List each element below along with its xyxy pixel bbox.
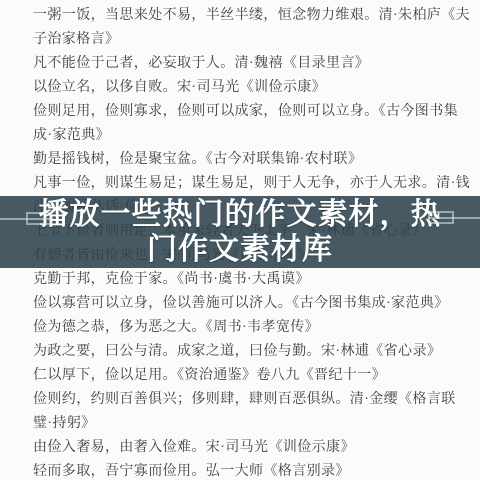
document-line: 子治家格言》 — [33, 28, 480, 52]
document-line: 为政之要，曰公与清。成家之道，曰俭与勤。宋·林逋《省心录》 — [33, 340, 480, 364]
banner-title: 播放一些热门的作文素材，热 门作文素材库 — [39, 197, 442, 267]
document-line: 以俭立名，以侈自败。宋·司马光《训俭示康》 — [33, 76, 480, 100]
document-line: 凡事一俭，则谋生易足；谋生易足，则于人无争，亦于人无求。清·钱 — [33, 172, 480, 196]
document-line: 克勤于邦，克俭于家。《尚书·虞书·大禹谟》 — [33, 268, 480, 292]
decorative-line-right — [428, 217, 480, 219]
document-line: 凡不能俭于己者，必妄取于人。清·魏禧《目录里言》 — [33, 52, 480, 76]
document-line: 由俭入奢易，由奢入俭难。宋·司马光《训俭示康》 — [33, 436, 480, 460]
document-line: 俭为德之恭，侈为恶之大。《周书·韦孝宽传》 — [33, 316, 480, 340]
document-line: 俭以寡营可以立身，俭以善施可以济人。《古今图书集成·家范典》 — [33, 292, 480, 316]
decorative-box-left — [26, 212, 52, 225]
banner-title-line-2: 门作文素材库 — [39, 232, 442, 267]
article-page: 一粥一饭，当思来处不易，半丝半缕，恒念物力维艰。清·朱柏庐《夫子治家格言》凡不能… — [0, 0, 480, 480]
document-line: 一粥一饭，当思来处不易，半丝半缕，恒念物力维艰。清·朱柏庐《夫 — [33, 4, 480, 28]
document-line: 成·家范典》 — [33, 124, 480, 148]
document-line: 勤是摇钱树，俭是聚宝盆。《古今对联集锦·农村联》 — [33, 148, 480, 172]
document-line: 璧·持躬》 — [33, 412, 480, 436]
title-overlay-banner: 播放一些热门的作文素材，热 门作文素材库 — [0, 196, 480, 268]
document-line: 俭则约，约则百善俱兴；侈则肆，肆则百恶俱纵。清·金缨《格言联 — [33, 388, 480, 412]
banner-title-line-1: 播放一些热门的作文素材，热 — [39, 197, 442, 232]
document-line: 仁以厚下，俭以足用。《资治通鉴》卷八九《晋纪十一》 — [33, 364, 480, 388]
document-line: 俭则足用，俭则寡求，俭则可以成家，俭则可以立身。《古今图书集 — [33, 100, 480, 124]
document-line: 轻而多取，吾宁寡而俭用。弘一大师《格言别录》 — [33, 460, 480, 480]
